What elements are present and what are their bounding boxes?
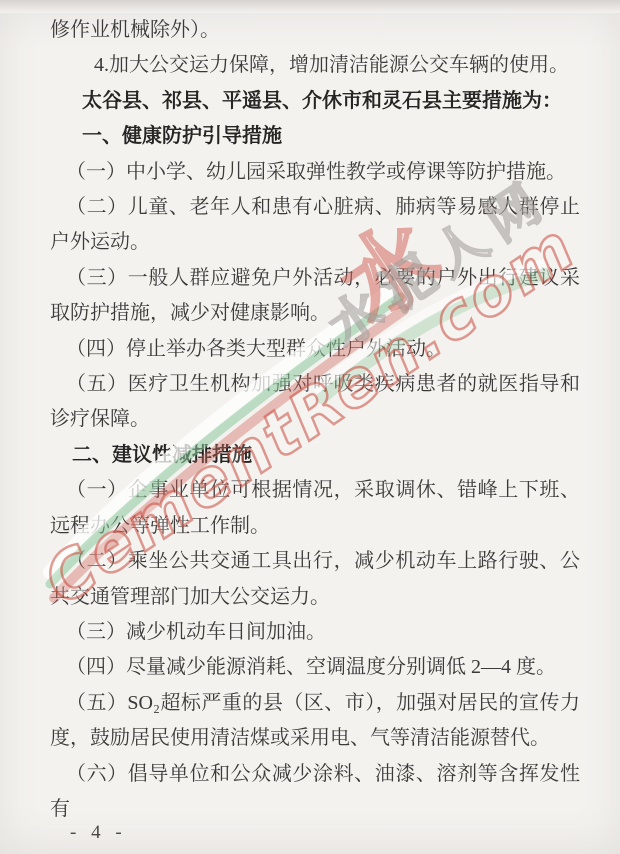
paragraph: （三）一般人群应避免户外活动，必要的户外出行建议采取防护措施，减少对健康影响。	[50, 261, 580, 332]
paragraph: （一）中小学、幼儿园采取弹性教学或停课等防护措施。	[50, 155, 580, 190]
scan-edge-shadow	[0, 0, 620, 13]
paragraph: （六）倡导单位和公众减少涂料、油漆、溶剂等含挥发性有	[50, 757, 580, 828]
paragraph: 一、健康防护引导措施	[50, 119, 580, 154]
paragraph: （四）停止举办各类大型群众性户外活动。	[50, 332, 580, 367]
paragraph: （一）企事业单位可根据情况，采取调休、错峰上下班、远程办公等弹性工作制。	[50, 473, 580, 544]
document-body: 修作业机械除外）。4.加大公交运力保障，增加清洁能源公交车辆的使用。太谷县、祁县…	[50, 13, 580, 827]
paragraph: 二、建议性减排措施	[50, 438, 580, 473]
paragraph: 4.加大公交运力保障，增加清洁能源公交车辆的使用。	[50, 48, 580, 83]
paragraph: 修作业机械除外）。	[50, 13, 580, 48]
paragraph: （三）减少机动车日间加油。	[50, 615, 580, 650]
paragraph: （二）儿童、老年人和患有心脏病、肺病等易感人群停止户外运动。	[50, 190, 580, 261]
paragraph: （四）尽量减少能源消耗、空调温度分别调低 2—4 度。	[50, 650, 580, 685]
paragraph: 太谷县、祁县、平遥县、介休市和灵石县主要措施为：	[50, 84, 580, 119]
paragraph: （五）医疗卫生机构加强对呼吸类疾病患者的就医指导和诊疗保障。	[50, 367, 580, 438]
paragraph: （二）乘坐公共交通工具出行，减少机动车上路行驶、公共交通管理部门加大公交运力。	[50, 544, 580, 615]
page-number: - 4 -	[70, 822, 127, 844]
scanned-document-page: 修作业机械除外）。4.加大公交运力保障，增加清洁能源公交车辆的使用。太谷县、祁县…	[0, 0, 620, 854]
paragraph: （五）SO₂超标严重的县（区、市），加强对居民的宣传力度，鼓励居民使用清洁煤或采…	[50, 686, 580, 757]
